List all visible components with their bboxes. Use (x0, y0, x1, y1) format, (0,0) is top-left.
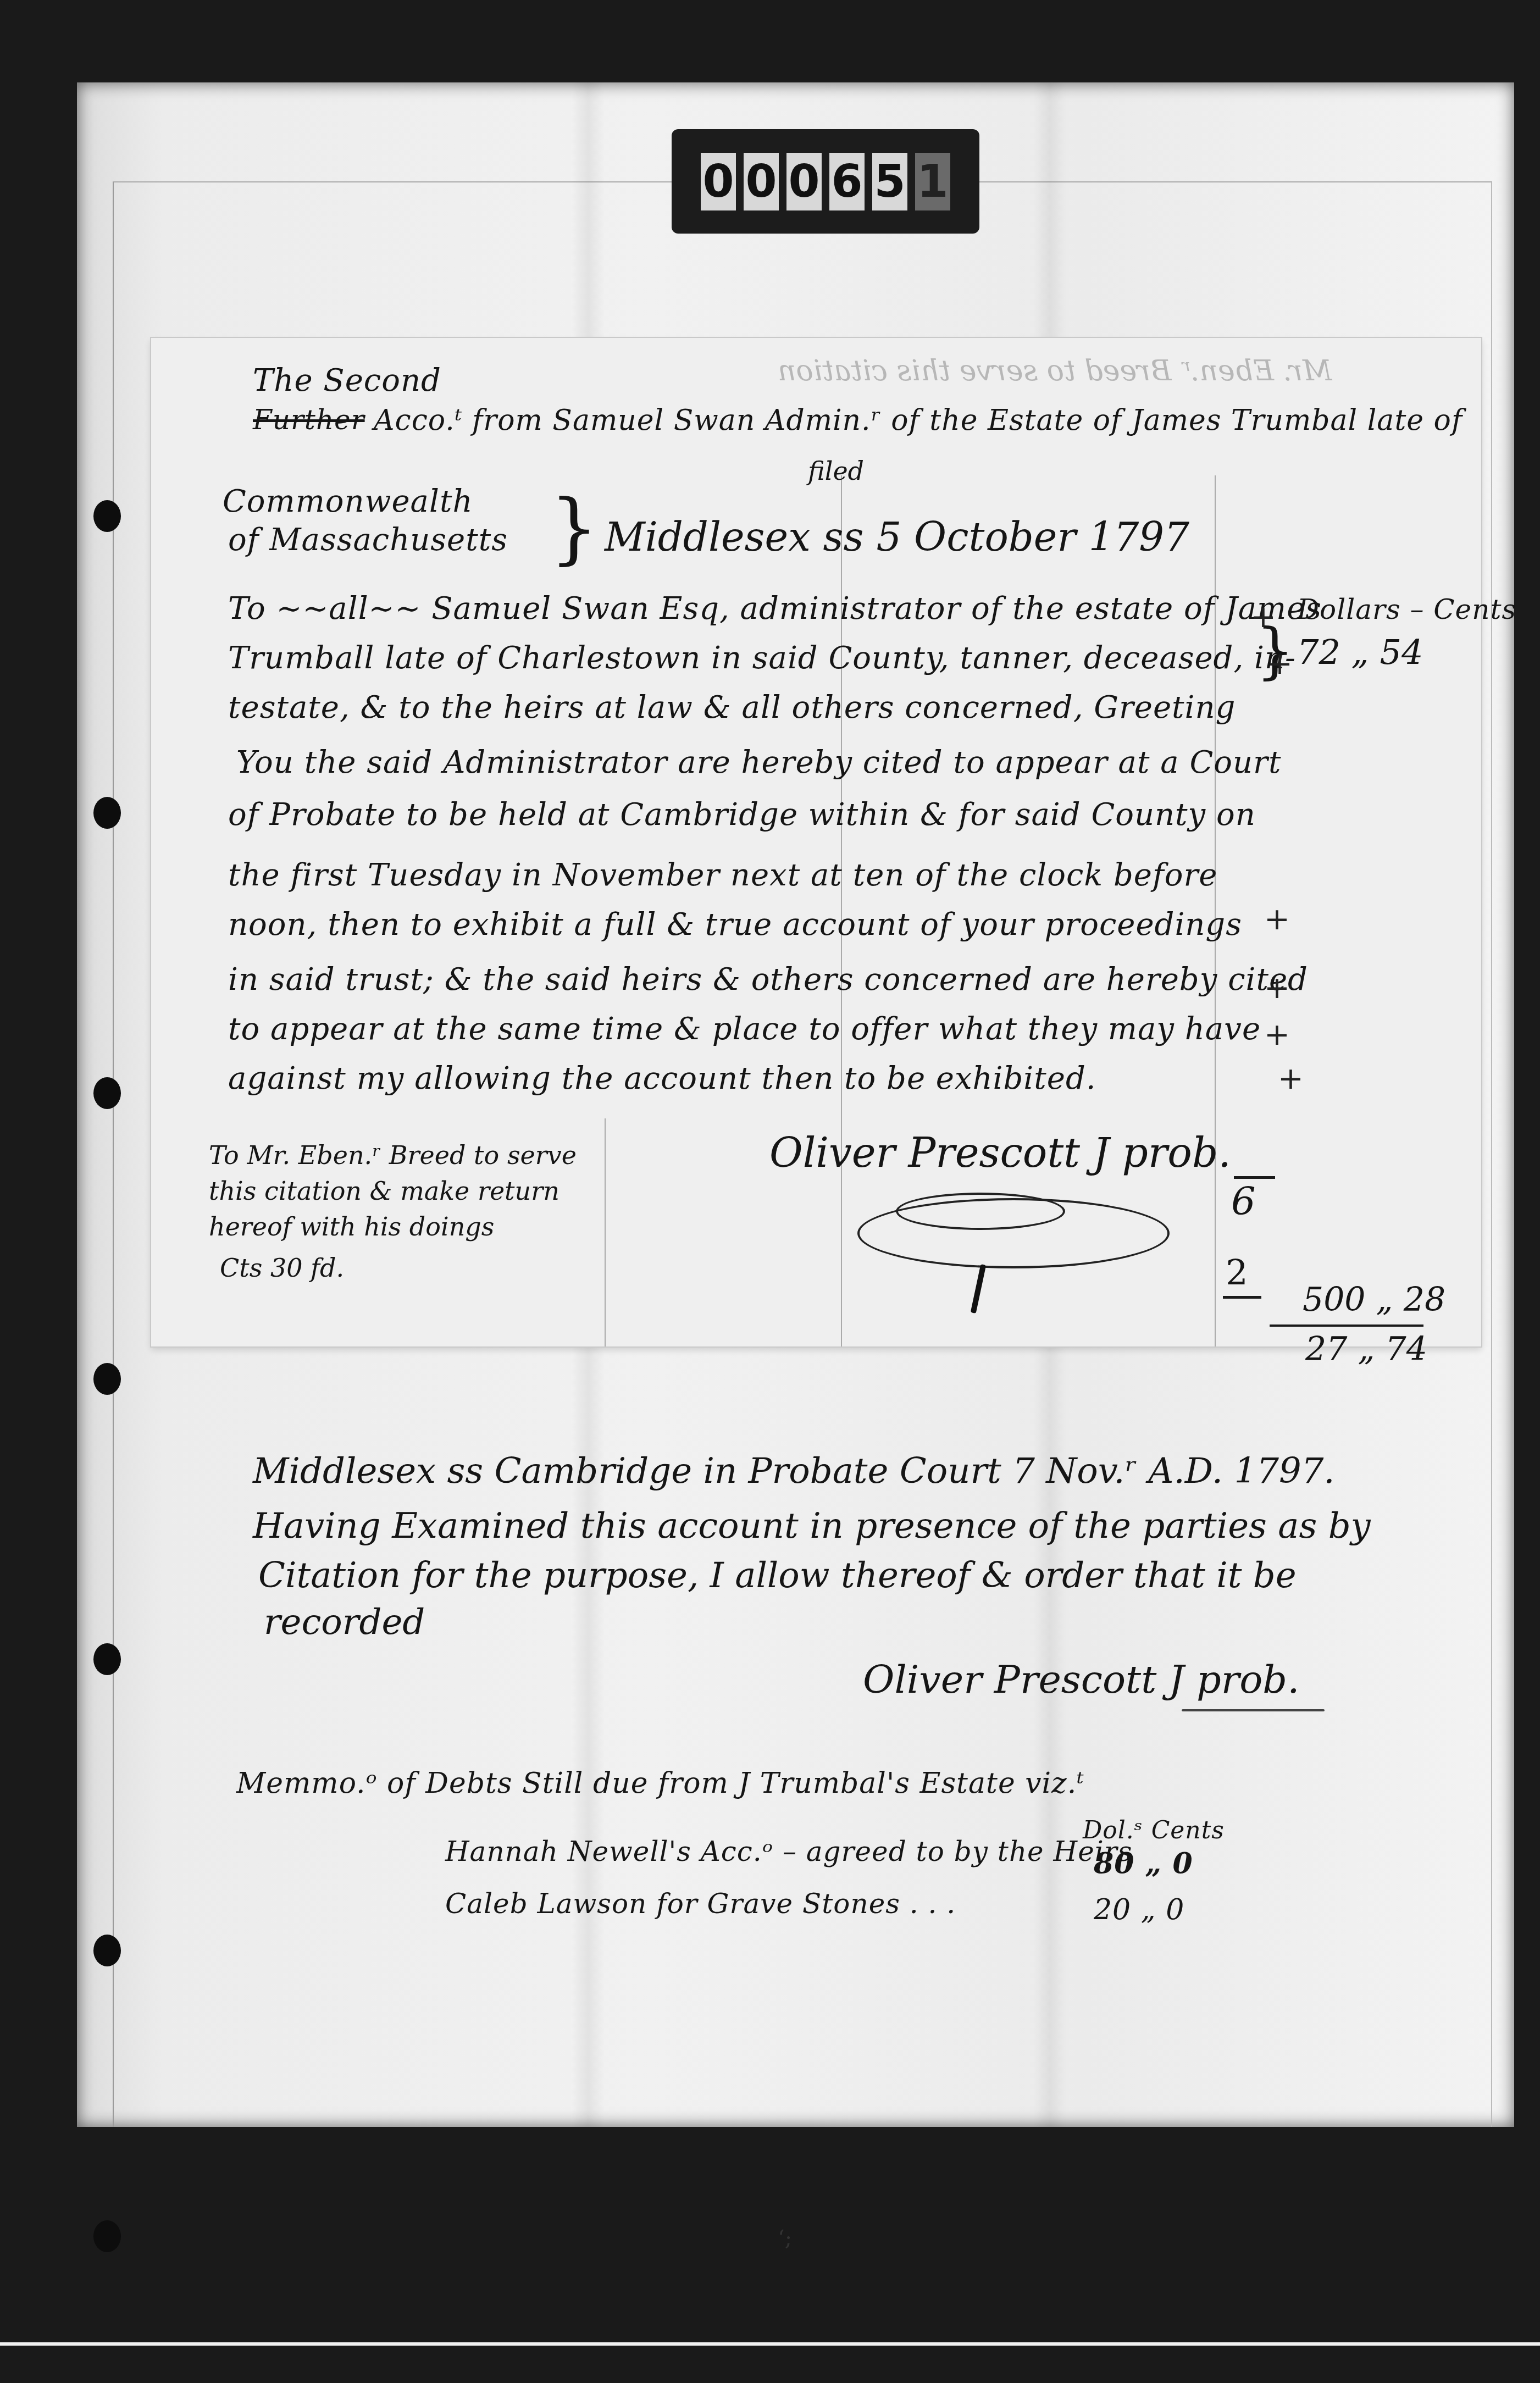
memo-title: Memmo.ᵒ of Debts Still due from J Trumba… (236, 1767, 1084, 1800)
margin-mark: + (1264, 1017, 1290, 1052)
ledger-partial-digit: 2 (1226, 1253, 1248, 1294)
stray-ink-mark: ʻ; (778, 2226, 792, 2251)
jurisdiction-line: of Massachusetts (228, 522, 508, 558)
decree-line: recorded (264, 1602, 425, 1643)
sum-rule (1270, 1324, 1423, 1327)
jurisdiction-line: Commonwealth (223, 484, 473, 519)
citation-line: the first Tuesday in November next at te… (228, 857, 1217, 893)
punch-hole-icon (93, 500, 121, 532)
ledger-total: 500 „ 28 (1303, 1281, 1445, 1319)
citation-line: to appear at the same time & place to of… (228, 1011, 1261, 1047)
brace-icon: } (550, 484, 599, 573)
judge-signature: Oliver Prescott J prob. (769, 1129, 1231, 1177)
memo-item-amount: 80 „ 0 (1094, 1847, 1193, 1880)
decree-line: Middlesex ss Cambridge in Probate Court … (253, 1451, 1335, 1492)
counter-digit: 1 (915, 153, 950, 210)
heading-text: Acco.ᵗ from Samuel Swan Admin.ʳ of the E… (374, 404, 1463, 437)
film-edge-line (0, 2342, 1540, 2346)
memo-item-description: Hannah Newell's Acc.ᵒ – agreed to by the… (445, 1836, 1132, 1867)
slip-rule (605, 1118, 606, 1346)
margin-mark: + (1264, 901, 1290, 937)
citation-line: in said trust; & the said heirs & others… (228, 962, 1308, 997)
citation-line: against my allowing the account then to … (228, 1061, 1096, 1096)
citation-line: noon, then to exhibit a full & true acco… (228, 907, 1242, 943)
officer-order-line: this citation & make return (209, 1176, 560, 1206)
heading-inserted-text: The Second (253, 363, 441, 398)
citation-line: Trumball late of Charlestown in said Cou… (228, 640, 1296, 676)
decree-line: Citation for the purpose, I allow thereo… (258, 1555, 1297, 1596)
margin-mark: + (1278, 1061, 1304, 1096)
counter-digit: 5 (872, 153, 907, 210)
counter-digit: 0 (786, 153, 822, 210)
citation-line: of Probate to be held at Cambridge withi… (228, 797, 1256, 833)
decree-signature: Oliver Prescott J prob. (863, 1657, 1299, 1702)
signature-flourish-icon (896, 1193, 1065, 1230)
margin-mark: + (1250, 599, 1276, 635)
ledger-header: Dollars – Cents (1297, 594, 1516, 625)
punch-hole-icon (93, 1643, 121, 1675)
punch-hole-icon (93, 2220, 121, 2252)
margin-mark: + (1267, 646, 1293, 681)
signature-underline (1182, 1709, 1325, 1711)
decree-line: Having Examined this account in presence… (253, 1506, 1371, 1547)
citation-line: You the said Administrator are hereby ci… (236, 745, 1281, 780)
punch-hole-icon (93, 1077, 121, 1109)
counter-digit: 0 (701, 153, 736, 210)
ledger-amount: 72 „ 54 (1297, 632, 1423, 672)
margin-mark: + (1264, 970, 1290, 1006)
ledger-balance: 27 „ 74 (1305, 1330, 1427, 1368)
frame-counter: 0 0 0 6 5 1 (672, 129, 979, 234)
punch-hole-icon (93, 1935, 121, 1966)
citation-line: testate, & to the heirs at law & all oth… (228, 690, 1236, 725)
sum-rule (1223, 1296, 1261, 1299)
show-through-text: Mr. Eben.ʳ Breed to serve this citation (778, 354, 1332, 387)
officer-fee: Cts 30 fd. (220, 1253, 344, 1283)
ledger-partial-digit: 6 (1231, 1179, 1256, 1224)
punch-hole-icon (93, 797, 121, 829)
officer-order-line: To Mr. Eben.ʳ Breed to serve (209, 1140, 577, 1170)
punch-hole-icon (93, 1363, 121, 1395)
memo-item-amount: 20 „ 0 (1094, 1893, 1184, 1926)
citation-line: To ~~all~~ Samuel Swan Esq, administrato… (228, 591, 1322, 627)
heading-struck-text: Further (253, 404, 365, 436)
filed-note: filed (808, 456, 864, 486)
county-date: Middlesex ss 5 October 1797 (605, 514, 1189, 560)
counter-digit: 6 (829, 153, 865, 210)
officer-order-line: hereof with his doings (209, 1212, 494, 1242)
counter-digit: 0 (744, 153, 779, 210)
memo-item-description: Caleb Lawson for Grave Stones . . . (445, 1888, 956, 1920)
